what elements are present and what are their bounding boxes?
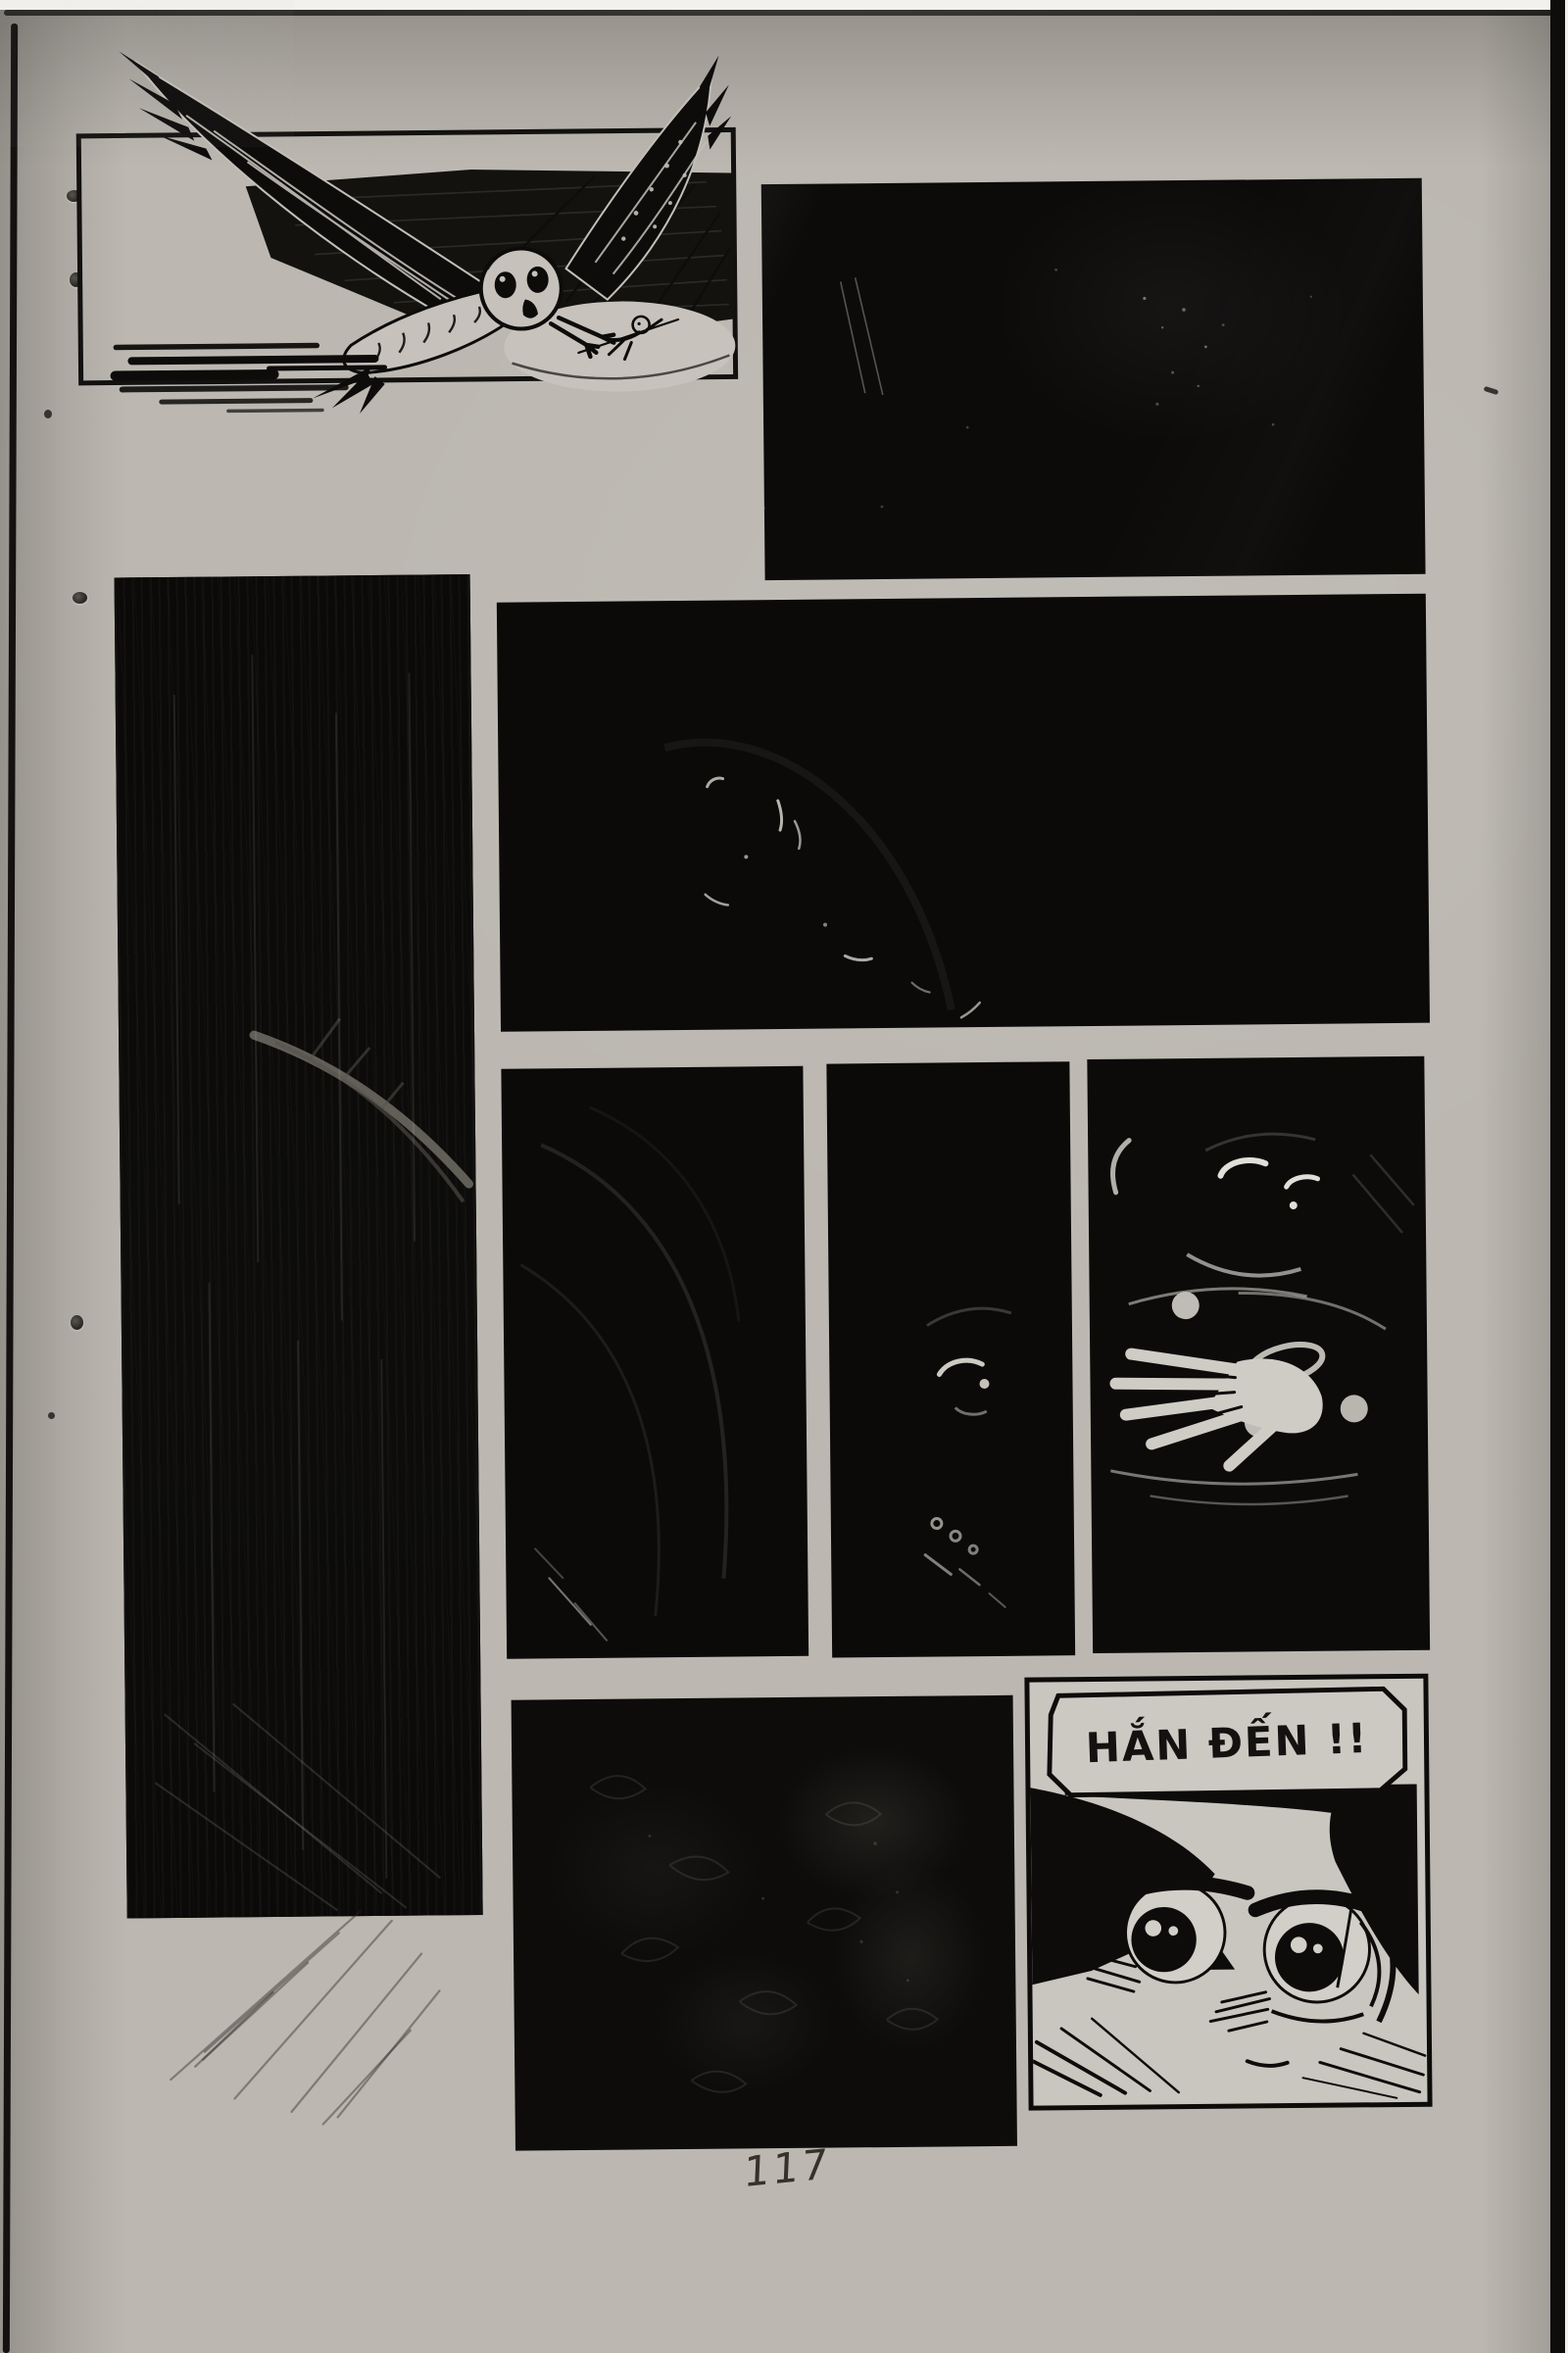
panel-shadow-shape [501, 1066, 808, 1659]
trunk-hatch-scribbles [116, 1902, 500, 2141]
panel-dark-foliage [512, 1695, 1017, 2151]
panel-owl-attack [19, 20, 748, 438]
panel-tree-trunk [115, 574, 483, 1918]
panel-shadow-face [826, 1061, 1075, 1657]
panel-startled-eyes: HẮN ĐẾN !! [1024, 1674, 1432, 2111]
page-number: 117 [742, 2135, 871, 2211]
artwork-layer: HẮN ĐẾN !! 117 [0, 0, 1568, 2353]
panel-dark-night [761, 178, 1426, 580]
panel-hand-on-chest [1087, 1056, 1430, 1653]
comic-page: HẮN ĐẾN !! 117 [0, 0, 1568, 2353]
panel-dark-room [497, 594, 1430, 1032]
